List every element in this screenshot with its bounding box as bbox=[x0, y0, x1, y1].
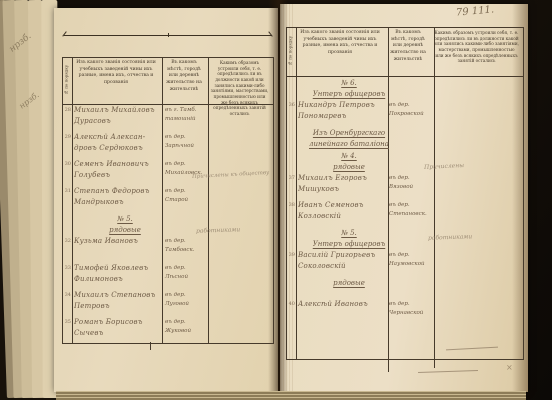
residence: въ дер. Жуковой bbox=[161, 316, 207, 337]
row-number bbox=[63, 212, 71, 215]
row-number: 36 bbox=[287, 99, 295, 108]
group-heading-lines: рядовые bbox=[303, 276, 395, 289]
scanned-ledger-spread: нрзб. нрзб. 79 111. № по порядку Изъ как… bbox=[0, 0, 552, 400]
group-heading-lines: № 6.Унтеръ офицеровъ bbox=[303, 76, 395, 99]
row-number bbox=[287, 276, 295, 279]
row-number: 35 bbox=[63, 316, 71, 325]
row-number: 29 bbox=[63, 131, 71, 140]
row-number: 30 bbox=[63, 158, 71, 167]
rule-tail bbox=[388, 358, 389, 372]
group-heading-line: Изъ Оренбургскаго bbox=[303, 128, 395, 139]
header-residence-column: Въ какомъ мѣстѣ, городѣ или деревнѣ жите… bbox=[385, 27, 431, 75]
table-row: 31Степанъ Федоровъ Мандрыковъвъ дер. Ста… bbox=[63, 185, 271, 212]
residence: въ дер. Степановск. bbox=[385, 199, 431, 220]
group-heading-lines: Изъ Оренбургскаголинейнаго баталіона bbox=[303, 126, 395, 149]
residence: въ дер. Покровской bbox=[385, 99, 431, 120]
header-number-column: № по порядку bbox=[62, 57, 71, 103]
group-heading-line: № 4. bbox=[303, 151, 395, 162]
person-name: Василій Григорьевъ Соколовскій bbox=[295, 249, 385, 272]
table-row: 39Василій Григорьевъ Соколовскійвъ дер. … bbox=[287, 249, 520, 276]
row-number: 31 bbox=[63, 185, 71, 194]
header-name-column: Изъ какого званія состоянія или учебныхъ… bbox=[71, 57, 161, 103]
left-table-rows: 28Михаилъ Михай­ловъ Дурасовъвъ г. Тамб.… bbox=[63, 104, 271, 341]
residence: въ г. Тамб. тамошній bbox=[161, 104, 207, 125]
residence: въ дер. Чернавской bbox=[385, 298, 431, 319]
rule-tail bbox=[150, 342, 151, 350]
row-number: 32 bbox=[63, 235, 71, 244]
group-heading-line: Унтеръ офицеровъ bbox=[303, 239, 395, 250]
person-name: Никандръ Петровъ Пономаревъ bbox=[295, 99, 385, 122]
group-heading: № 5.Унтеръ офицеровъ bbox=[287, 226, 520, 249]
header-name-column: Изъ какого званія состоянія или учебныхъ… bbox=[295, 27, 385, 75]
table-row: 35Романъ Борисовъ Сычевъвъ дер. Жуковой bbox=[63, 316, 271, 341]
person-name: Семенъ Ивановичъ Голубевъ bbox=[71, 158, 161, 181]
table-row: 34Михаилъ Степановъ Петровъвъ дер. Лугов… bbox=[63, 289, 271, 316]
residence: въ дер. Наумовской bbox=[385, 249, 431, 270]
table-row: 38Иванъ Семеновъ Козловскійвъ дер. Степа… bbox=[287, 199, 520, 226]
person-name: Тимофей Яковлевъ Филимоновъ bbox=[71, 262, 161, 285]
right-table-rows: № 6.Унтеръ офицеровъ36Никандръ Петровъ П… bbox=[287, 76, 520, 357]
row-number: 40 bbox=[287, 298, 295, 307]
residence: въ дер. Зарѣчной bbox=[161, 131, 207, 152]
row-number: 38 bbox=[287, 199, 295, 208]
group-heading-line: Унтеръ офицеровъ bbox=[303, 89, 395, 100]
group-heading-lines: № 4.рядовые bbox=[303, 149, 395, 172]
row-number: 34 bbox=[63, 289, 71, 298]
person-name: Кузьма Ивановъ bbox=[71, 235, 161, 247]
person-name: Романъ Борисовъ Сычевъ bbox=[71, 316, 161, 339]
person-name: Иванъ Семеновъ Козловскій bbox=[295, 199, 385, 222]
group-heading-line: линейнаго баталіона bbox=[303, 139, 395, 150]
row-number bbox=[287, 226, 295, 229]
person-name: Степанъ Федоровъ Мандрыковъ bbox=[71, 185, 161, 208]
row-number: 33 bbox=[63, 262, 71, 271]
table-row: 37Михаилъ Егоровъ Мишуковъвъ дер. Вязово… bbox=[287, 172, 520, 199]
person-name: Михаилъ Михай­ловъ Дурасовъ bbox=[71, 104, 161, 127]
row-number: 37 bbox=[287, 172, 295, 181]
row-number bbox=[287, 126, 295, 129]
group-heading-line: № 5. bbox=[79, 214, 171, 225]
group-heading-line: рядовые bbox=[303, 278, 395, 289]
residence: въ дер. Луговой bbox=[161, 289, 207, 310]
table-row: 36Никандръ Петровъ Пономаревъвъ дер. Пок… bbox=[287, 99, 520, 126]
left-table-header: № по порядку Изъ какого званія состоянія… bbox=[62, 57, 272, 103]
person-name: Михаилъ Степановъ Петровъ bbox=[71, 289, 161, 312]
person-name: Алексѣй Ивановъ bbox=[295, 298, 385, 310]
rule-tail bbox=[434, 358, 435, 368]
residence: въ дер. Лѣсной bbox=[161, 262, 207, 283]
residence: въ дер. Тамбовск. bbox=[161, 235, 207, 256]
group-heading: № 6.Унтеръ офицеровъ bbox=[287, 76, 520, 99]
rule-tick bbox=[168, 33, 169, 37]
group-heading-lines: № 5.рядовые bbox=[79, 212, 171, 235]
group-heading: рядовые bbox=[287, 276, 520, 298]
header-outcome-column: Какимъ образомъ устроили себя, т. е. опр… bbox=[207, 57, 272, 103]
group-heading-line: № 5. bbox=[303, 228, 395, 239]
header-outcome-column: Какимъ образомъ устроили себя, т. е. опр… bbox=[431, 27, 522, 75]
table-row: 33Тимофей Яковлевъ Филимоновъвъ дер. Лѣс… bbox=[63, 262, 271, 289]
header-number-column: № по порядку bbox=[286, 27, 295, 75]
group-heading: Изъ Оренбургскаголинейнаго баталіона bbox=[287, 126, 520, 149]
row-number: 39 bbox=[287, 249, 295, 258]
header-residence-column: Въ какомъ мѣстѣ, городѣ или деревнѣ жите… bbox=[161, 57, 207, 103]
person-name: Алексѣй Алексан­дровъ Сердюковъ bbox=[71, 131, 161, 154]
right-table-header: № по порядку Изъ какого званія состоянія… bbox=[286, 27, 522, 75]
row-number bbox=[287, 149, 295, 152]
table-row: 40Алексѣй Ивановъвъ дер. Чернавской bbox=[287, 298, 520, 325]
pencil-cross-mark: × bbox=[506, 363, 513, 372]
table-row: 29Алексѣй Алексан­дровъ Сердюковъвъ дер.… bbox=[63, 131, 271, 158]
group-heading: № 4.рядовые bbox=[287, 149, 520, 172]
person-name: Михаилъ Егоровъ Мишуковъ bbox=[295, 172, 385, 195]
residence: въ дер. Старой bbox=[161, 185, 207, 206]
group-heading-line: рядовые bbox=[79, 225, 171, 236]
table-row: 32Кузьма Ивановъвъ дер. Тамбовск. bbox=[63, 235, 271, 262]
table-row: 28Михаилъ Михай­ловъ Дурасовъвъ г. Тамб.… bbox=[63, 104, 271, 131]
residence: въ дер. Вязовой bbox=[385, 172, 431, 193]
group-heading-lines: № 5.Унтеръ офицеровъ bbox=[303, 226, 395, 249]
row-number bbox=[287, 76, 295, 79]
bottom-sheet-edges bbox=[56, 391, 526, 400]
group-heading-line: рядовые bbox=[303, 162, 395, 173]
row-number: 28 bbox=[63, 104, 71, 113]
group-heading-line: № 6. bbox=[303, 78, 395, 89]
